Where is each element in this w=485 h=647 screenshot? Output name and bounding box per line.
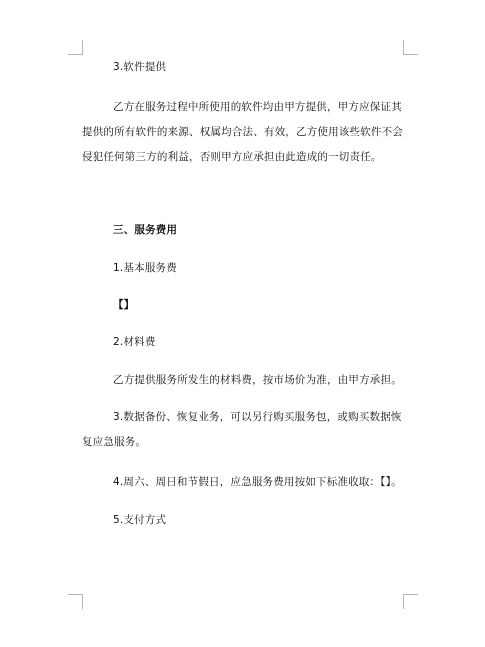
page-corner-top-right (403, 40, 418, 55)
page-corner-bottom-left (68, 594, 83, 609)
section-heading-fees: 三、服务费用 (82, 218, 412, 243)
placeholder-basic-fee: 【】 (82, 293, 412, 318)
paragraph-material-fee: 乙方提供服务所发生的材料费，按市场价为准，由甲方承担。 (82, 368, 412, 393)
paragraph-data-backup: 3.数据备份、恢复业务，可以另行购买服务包，或购买数据恢复应急服务。 (82, 405, 412, 455)
paragraph-software-terms: 乙方在服务过程中所使用的软件均由甲方提供，甲方应保证其提供的所有软件的来源、权属… (82, 95, 412, 170)
section-heading-software: 3.软件提供 (82, 55, 412, 80)
paragraph-weekend-fee: 4.周六、周日和节假日，应急服务费用按如下标准收取：【】。 (82, 470, 412, 495)
page-corner-top-left (68, 40, 83, 55)
item-material-fee: 2.材料费 (82, 330, 412, 355)
item-basic-fee: 1.基本服务费 (82, 256, 412, 281)
item-payment-method: 5.支付方式 (82, 508, 412, 533)
page-corner-bottom-right (403, 594, 418, 609)
